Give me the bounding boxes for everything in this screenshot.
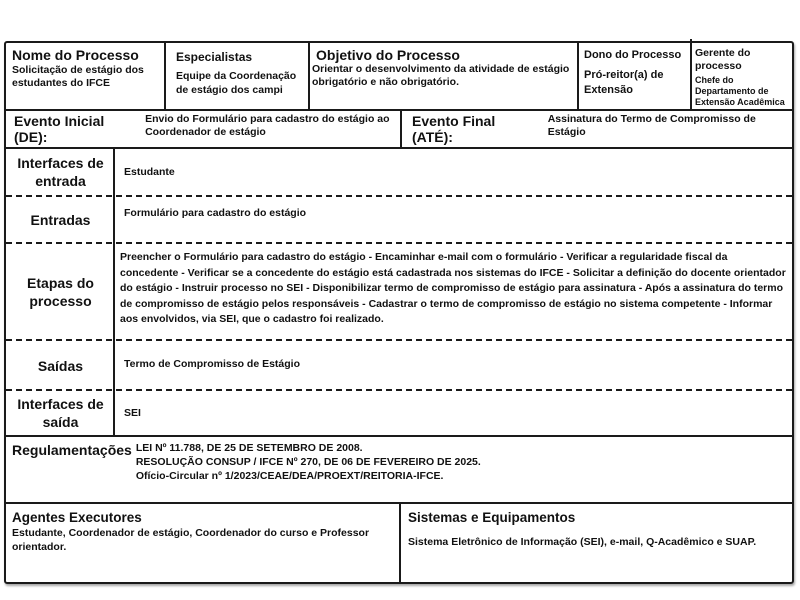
cell-objetivo: Objetivo do Processo Orientar o desenvol… xyxy=(312,47,578,89)
label-interfaces-saida: Interfaces de saída xyxy=(6,391,115,435)
evento-final-value: Assinatura do Termo de Compromisso de Es… xyxy=(548,113,792,139)
divider xyxy=(400,109,402,147)
evento-final-label: Evento Final (ATÉ): xyxy=(412,113,538,145)
evento-inicial-label: Evento Inicial (DE): xyxy=(14,113,139,145)
divider xyxy=(577,43,579,109)
sistemas-value: Sistema Eletrônico de Informação (SEI), … xyxy=(408,535,788,549)
regulamentacoes: Regulamentações LEI Nº 11.788, DE 25 DE … xyxy=(12,441,788,483)
agentes-value: Estudante, Coordenador de estágio, Coord… xyxy=(12,526,392,554)
cell-dono: Dono do Processo Pró-reitor(a) de Extens… xyxy=(584,48,688,98)
nome-processo-title: Nome do Processo xyxy=(12,47,162,63)
dono-title: Dono do Processo xyxy=(584,48,688,62)
evento-inicial: Evento Inicial (DE): Envio do Formulário… xyxy=(14,113,400,145)
divider xyxy=(399,502,401,584)
value-entradas: Formulário para cadastro do estágio xyxy=(124,206,784,222)
regulamentacao-item: Ofício-Circular nº 1/2023/CEAE/DEA/PROEX… xyxy=(136,469,481,483)
sistemas-title: Sistemas e Equipamentos xyxy=(408,509,788,526)
evento-inicial-value: Envio do Formulário para cadastro do est… xyxy=(145,113,400,139)
divider xyxy=(6,147,792,149)
cell-especialistas: Especialistas Equipe da Coordenação de e… xyxy=(176,50,304,97)
divider xyxy=(690,39,692,109)
divider xyxy=(6,195,792,197)
objetivo-title: Objetivo do Processo xyxy=(312,47,578,63)
agentes-executores: Agentes Executores Estudante, Coordenado… xyxy=(12,509,392,554)
process-sheet: Nome do Processo Solicitação de estágio … xyxy=(4,41,794,584)
dono-value: Pró-reitor(a) de Extensão xyxy=(584,68,688,98)
agentes-title: Agentes Executores xyxy=(12,509,392,526)
regulamentacoes-label: Regulamentações xyxy=(12,441,132,483)
divider xyxy=(308,43,310,109)
cell-nome-processo: Nome do Processo Solicitação de estágio … xyxy=(12,47,162,90)
divider xyxy=(6,389,792,391)
objetivo-value: Orientar o desenvolvimento da atividade … xyxy=(312,63,578,89)
label-etapas: Etapas do processo xyxy=(6,244,115,340)
value-saidas: Termo de Compromisso de Estágio xyxy=(124,357,784,373)
label-entradas: Entradas xyxy=(6,197,115,243)
divider xyxy=(6,435,792,437)
especialistas-title: Especialistas xyxy=(176,50,304,65)
divider xyxy=(164,43,166,109)
label-saidas: Saídas xyxy=(6,341,115,391)
value-interfaces-entrada: Estudante xyxy=(124,165,784,181)
label-interfaces-entrada: Interfaces de entrada xyxy=(6,149,115,195)
especialistas-value: Equipe da Coordenação de estágio dos cam… xyxy=(176,69,304,97)
cell-gerente: Gerente do processo Chefe do Departament… xyxy=(695,47,793,108)
divider xyxy=(6,339,792,341)
regulamentacao-item: LEI Nº 11.788, DE 25 DE SETEMBRO DE 2008… xyxy=(136,441,481,455)
sistemas-equipamentos: Sistemas e Equipamentos Sistema Eletrôni… xyxy=(408,509,788,549)
divider xyxy=(6,109,792,111)
regulamentacoes-list: LEI Nº 11.788, DE 25 DE SETEMBRO DE 2008… xyxy=(136,441,481,483)
regulamentacao-item: RESOLUÇÃO CONSUP / IFCE Nº 270, DE 06 DE… xyxy=(136,455,481,469)
value-etapas: Preencher o Formulário para cadastro do … xyxy=(120,250,786,328)
nome-processo-value: Solicitação de estágio dos estudantes do… xyxy=(12,64,162,90)
gerente-title: Gerente do processo xyxy=(695,47,793,73)
divider xyxy=(6,242,792,244)
evento-final: Evento Final (ATÉ): Assinatura do Termo … xyxy=(412,113,792,145)
gerente-value: Chefe do Departamento de Extensão Acadêm… xyxy=(695,75,793,108)
value-interfaces-saida: SEI xyxy=(124,406,784,422)
